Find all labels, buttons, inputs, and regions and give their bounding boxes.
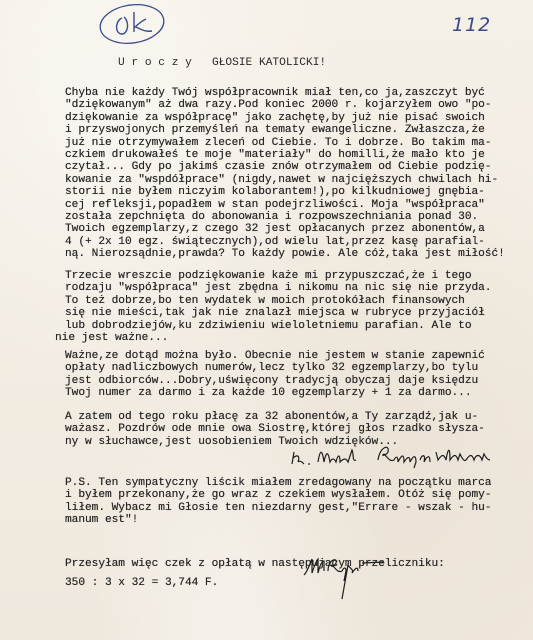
typed-line: lub dobrodziejów,ku zdziwieniu wieloletn…: [65, 320, 525, 332]
calculation-line: 350 : 3 x 32 = 3,744 F.: [65, 552, 525, 602]
typed-line: Ważne,ze dotąd można było. Obecnie nie j…: [65, 350, 525, 362]
typed-line: 4 (+ 2x 10 egz. świątecznych),od wielu l…: [65, 236, 525, 248]
paragraph-1: Chyba nie każdy Twój współpracownik miał…: [65, 87, 525, 260]
typed-line: rodzaju "współpraca" jest zbędna i nikom…: [65, 282, 525, 294]
handwritten-signature: ks. Michał Rybczyński: [290, 440, 505, 470]
typed-line: nie jest ważne...: [55, 332, 525, 344]
calculation-text: 350 : 3 x 32 = 3,744 F.: [65, 577, 525, 589]
typed-line: cej refleksji,popadłem w stan podejrzliw…: [65, 199, 525, 211]
circled-ok-mark-icon: [96, 2, 168, 48]
typed-line: czytał... Gdy po jakimś czasie znów otrz…: [65, 161, 525, 173]
typed-line: się nie mieści,tak jak nie znalazł miejs…: [65, 307, 525, 319]
typed-line: już nie otrzymywałem zleceń od Ciebie. T…: [65, 137, 525, 149]
page-number: 112: [452, 14, 491, 36]
typed-line: To też dobrze,bo ten wydatek w moich pro…: [65, 295, 525, 307]
initials-signature: MRybcz: [300, 553, 390, 603]
postscript: P.S. Ten sympatyczny liścik miałem zreda…: [65, 477, 525, 527]
typed-line: dziękowanie za współpracę" jako zachętę,…: [65, 112, 525, 124]
typed-line: ważasz. Pozdrów ode mnie owa Siostrę,któ…: [65, 423, 525, 435]
paragraph-3: Ważne,ze dotąd można było. Obecnie nie j…: [65, 350, 525, 400]
paragraph-2: Trzecie wreszcie podziękowanie każe mi p…: [65, 270, 525, 344]
typed-line: Twoich egzemplarzy,z czego 32 jest opłac…: [65, 223, 525, 235]
typed-line: została zepchnięta do abonowania i rozpo…: [65, 211, 525, 223]
typed-line: Twoj numer za darmo i za każde 10 egzemp…: [65, 387, 525, 399]
typed-line: Chyba nie każdy Twój współpracownik miał…: [65, 87, 525, 99]
typed-line: manum est"!: [65, 514, 525, 526]
typed-line: i przyswojonych przemyśleń na tematy ewa…: [65, 124, 525, 136]
typed-line: Trzecie wreszcie podziękowanie każe mi p…: [65, 270, 525, 282]
typed-line: storii nie byłem niczyim kolaborantem!),…: [65, 186, 525, 198]
typed-line: jest odbiorców...Dobry,uświęcony tradycj…: [65, 375, 525, 387]
typed-line: opłaty nadliczbowych numerów,lecz tylko …: [65, 362, 525, 374]
typed-line: liłem. Wybacz mi Głosie ten niezdarny ge…: [65, 502, 525, 514]
typed-line: i byłem przekonany,że go wraz z czekiem …: [65, 489, 525, 501]
typed-line: ną. Nierozsądnie,prawda? To każdy powie.…: [65, 248, 525, 260]
salutation: U r o c z y GŁOSIE KATOLICKI!: [118, 57, 326, 69]
typed-line: A zatem od tego roku płacę za 32 abonent…: [65, 411, 525, 423]
typed-line: P.S. Ten sympatyczny liścik miałem zreda…: [65, 477, 525, 489]
typed-line: kowanie za "wspdółprace" (nigdy,nawet w …: [65, 174, 525, 186]
typed-line: "dziękowanym" aż dwa razy.Pod koniec 200…: [65, 99, 525, 111]
typed-line: czkiem drukowałeś te moje "materiały" do…: [65, 149, 525, 161]
